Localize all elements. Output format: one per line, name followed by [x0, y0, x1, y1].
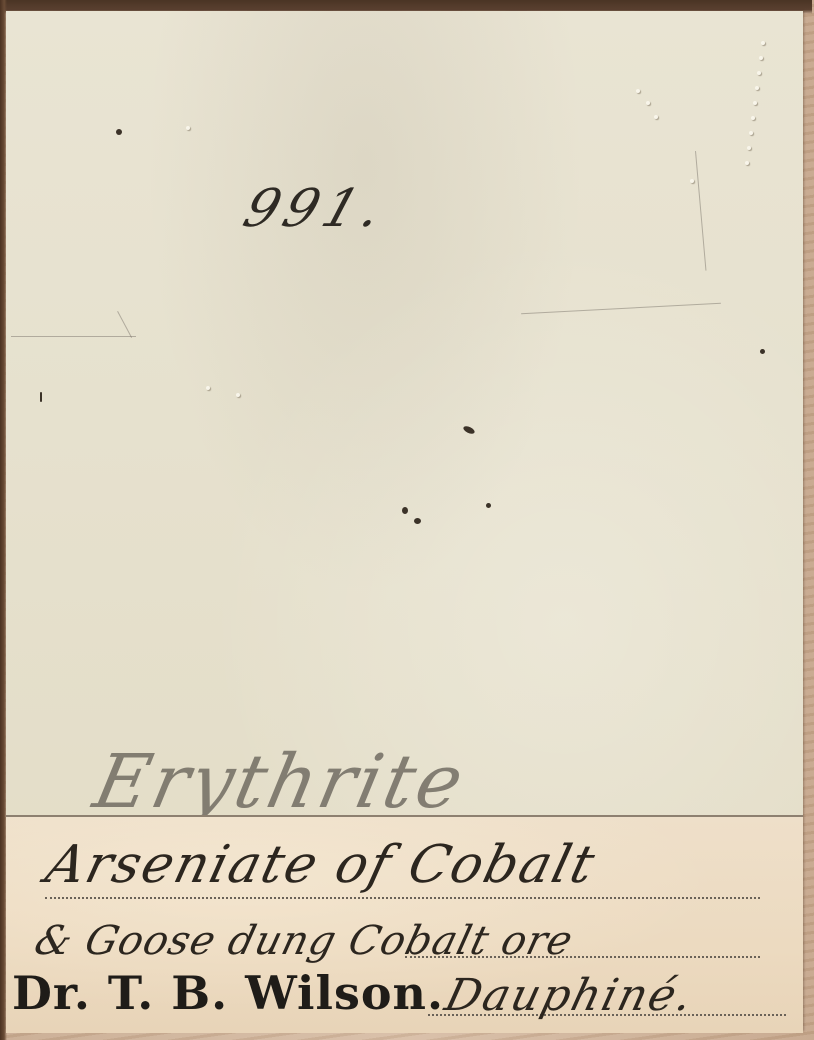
speck-mark: [40, 392, 42, 402]
speck-mark: [486, 503, 491, 508]
catalog-number: 991.: [236, 179, 395, 239]
emboss-mark: [755, 86, 759, 90]
emboss-mark: [747, 146, 751, 150]
emboss-mark: [636, 89, 640, 93]
speck-mark: [414, 518, 421, 524]
emboss-mark: [751, 116, 755, 120]
emboss-mark: [753, 101, 757, 105]
pencil-guide-line: [695, 151, 706, 271]
emboss-mark: [749, 131, 753, 135]
emboss-mark: [759, 56, 763, 60]
speck-mark: [402, 507, 408, 514]
label-dotted-rule: [45, 897, 760, 899]
pencil-mineral-name: Erythrite: [87, 739, 473, 825]
emboss-mark: [206, 386, 210, 390]
pencil-guide-line: [521, 303, 721, 314]
pencil-guide-line: [117, 311, 132, 338]
emboss-mark: [236, 393, 240, 397]
label-locality: Dauphiné.: [440, 970, 700, 1021]
speck-mark: [116, 129, 122, 135]
emboss-mark: [757, 71, 761, 75]
label-mineral-name: Arseniate of Cobalt: [40, 835, 602, 895]
emboss-mark: [761, 41, 765, 45]
label-collector: Dr. T. B. Wilson.: [12, 966, 444, 1020]
label-mineral-description: & Goose dung Cobalt ore: [30, 918, 578, 964]
emboss-mark: [654, 115, 658, 119]
emboss-mark: [186, 126, 190, 130]
emboss-mark: [690, 179, 694, 183]
speck-mark: [760, 349, 765, 354]
pencil-guide-line: [11, 336, 136, 337]
emboss-mark: [646, 101, 650, 105]
speck-mark: [462, 425, 475, 436]
emboss-mark: [745, 161, 749, 165]
